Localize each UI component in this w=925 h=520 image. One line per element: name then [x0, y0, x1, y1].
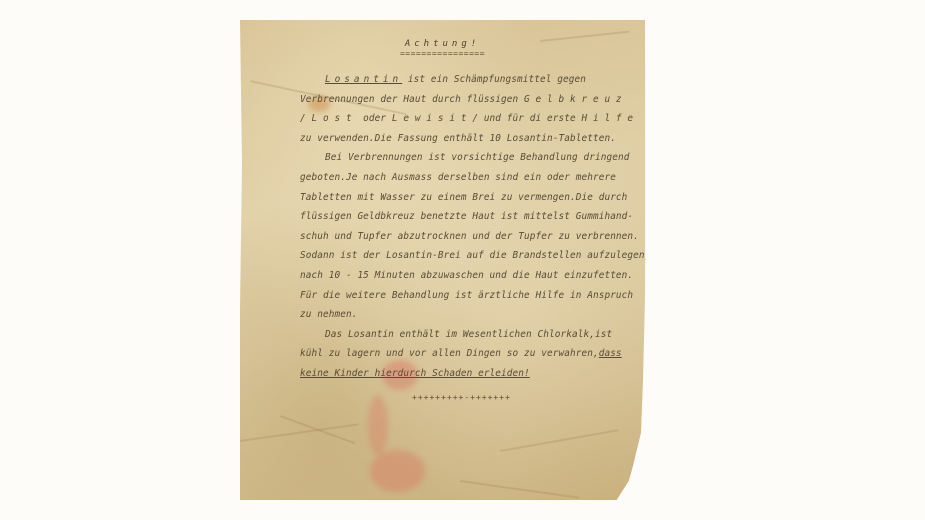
product-name: Losantin — [325, 74, 402, 85]
red-stain — [370, 450, 425, 492]
title-underline: ================ — [240, 50, 645, 58]
paragraph-2-line-4: flüssigen Geldbkreuz benetzte Haut ist m… — [300, 207, 640, 227]
warning-underlined-start: dass — [599, 348, 622, 359]
separator-line: +++++++++-+++++++ — [412, 393, 511, 402]
photo-stage: Achtung! ================ Losantin ist e… — [0, 0, 925, 520]
paragraph-2-line-7: nach 10 - 15 Minuten abzuwaschen und die… — [300, 266, 640, 286]
paragraph-2-line-1: Bei Verbrennungen ist vorsichtige Behand… — [300, 148, 640, 168]
paragraph-1-line-2: Verbrennungen der Haut durch flüssigen G… — [300, 90, 640, 110]
paper-crease — [500, 429, 619, 452]
paragraph-3-line-1: Das Losantin enthält im Wesentlichen Chl… — [300, 325, 640, 345]
document-text: Achtung! ================ Losantin ist e… — [300, 38, 640, 384]
aged-paper-sheet: Achtung! ================ Losantin ist e… — [240, 20, 645, 500]
paragraph-1-line-3: / L o s t oder L e w i s i t / und für d… — [300, 109, 640, 129]
paragraph-2-line-2: geboten.Je nach Ausmass derselben sind e… — [300, 168, 640, 188]
paper-crease — [280, 415, 356, 444]
paragraph-3-line-2: kühl zu lagern und vor allen Dingen so z… — [300, 344, 640, 364]
paper-crease — [460, 480, 579, 499]
paragraph-3-warning-line: keine Kinder hierdurch Schaden erleiden! — [300, 364, 640, 384]
paragraph-1-line-1: Losantin ist ein Schämpfungsmittel gegen — [300, 70, 640, 90]
line-text: ist ein Schämpfungsmittel gegen — [402, 74, 586, 85]
red-stain — [368, 395, 388, 455]
paragraph-2-line-6: Sodann ist der Losantin-Brei auf die Bra… — [300, 246, 640, 266]
paragraph-2-line-3: Tabletten mit Wasser zu einem Brei zu ve… — [300, 188, 640, 208]
paragraph-2-line-5: schuh und Tupfer abzutrocknen und der Tu… — [300, 227, 640, 247]
line-text: kühl zu lagern und vor allen Dingen so z… — [300, 348, 599, 359]
paragraph-2-line-8: Für die weitere Behandlung ist ärztliche… — [300, 286, 640, 306]
paragraph-1-line-4: zu verwenden.Die Fassung enthält 10 Losa… — [300, 129, 640, 149]
paragraph-2-line-9: zu nehmen. — [300, 305, 640, 325]
